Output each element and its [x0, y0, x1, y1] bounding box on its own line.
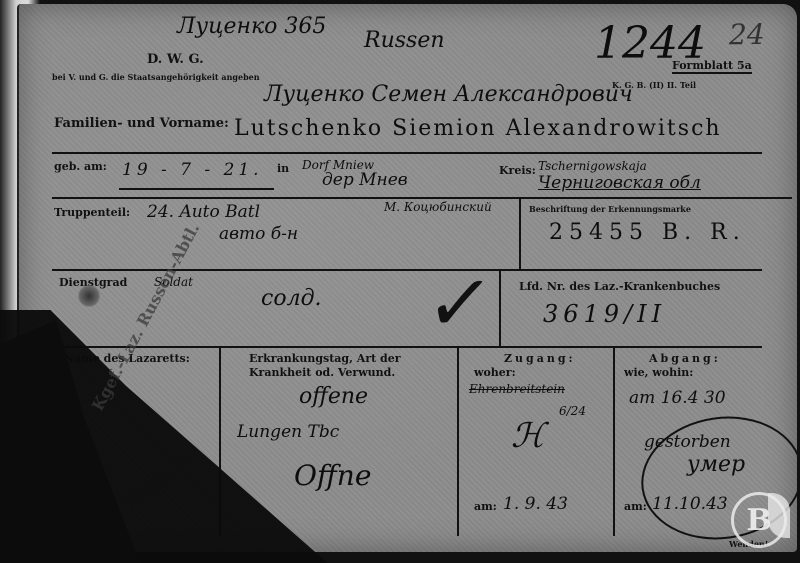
rank-cyrillic: солд.: [261, 286, 322, 311]
divider: [52, 152, 762, 154]
arrival-signature: ℋ: [511, 416, 545, 456]
unit-label: Truppenteil:: [54, 206, 130, 219]
handwritten-surname-top: Луценко 365: [177, 14, 326, 39]
departure-date-value: 11.10.43: [652, 494, 728, 514]
kreis-german: Tschernigowskaja: [538, 159, 647, 173]
hospital-book-label: Lfd. Nr. des Laz.-Krankenbuches: [519, 280, 720, 293]
divider: [52, 346, 762, 348]
divider: [457, 346, 459, 536]
kreis-cyrillic: Черниговская обл: [538, 173, 701, 193]
punch-hole: [78, 285, 100, 307]
departure-stamp-cyrillic: умер: [687, 452, 745, 477]
departure-date-label: am:: [624, 500, 647, 513]
name-latin: Lutschenko Siemion Alexandrowitsch: [234, 116, 722, 141]
hospital-book-value: 3619/II: [543, 300, 666, 328]
divider: [499, 269, 501, 347]
arrival-sublabel: woher:: [474, 366, 516, 379]
form-code: D. W. G.: [147, 52, 204, 67]
id-tag-value: 25455 B. R.: [549, 220, 746, 245]
departure-stamp-text: gestorben: [644, 432, 731, 452]
arrival-value: Ehrenbreitstein: [469, 382, 565, 396]
arrival-date-label: am:: [474, 500, 497, 513]
kreis-label: Kreis:: [499, 164, 536, 177]
divider: [519, 197, 521, 269]
formblatt-label: Formblatt 5a: [672, 59, 752, 74]
illness-line3: Offne: [294, 459, 371, 492]
name-label: Familien- und Vorname:: [54, 116, 229, 131]
handwritten-corner: 24: [729, 18, 765, 51]
divider: [52, 197, 792, 199]
departure-sublabel: wie, wohin:: [624, 366, 693, 379]
circle-b-logo-icon: B: [731, 492, 787, 548]
nationality-note: bei V. und G. die Staatsangehörigkeit an…: [52, 72, 260, 82]
departure-value: am 16.4 30: [629, 388, 726, 408]
name-cyrillic: Луценко Семен Александрович: [264, 82, 633, 107]
departure-label: Abgang:: [649, 352, 721, 365]
illness-label: Erkrankungstag, Art der Krankheit od. Ve…: [249, 352, 449, 380]
birth-place-cyrillic: дер Мнев: [322, 170, 408, 190]
divider: [613, 346, 615, 536]
illness-line1: offene: [299, 384, 368, 409]
birth-date-value: 19 - 7 - 21.: [122, 160, 263, 180]
handwritten-nationality: Russen: [364, 28, 445, 53]
underline: [119, 188, 274, 190]
unit-german: 24. Auto Batl: [147, 202, 260, 222]
check-mark-icon: ✓: [421, 259, 499, 349]
birth-place-label: in: [277, 162, 289, 175]
arrival-note: 6/24: [559, 404, 586, 418]
arrival-label: Zugang:: [504, 352, 576, 365]
birth-date-label: geb. am:: [54, 160, 107, 173]
unit-extra: М. Коцюбинский: [384, 200, 492, 214]
arrival-date-value: 1. 9. 43: [503, 494, 568, 514]
id-tag-label: Beschriftung der Erkennungsmarke: [529, 204, 691, 214]
illness-line2: Lungen Tbc: [237, 422, 339, 442]
unit-cyrillic: авто б-н: [219, 224, 298, 244]
